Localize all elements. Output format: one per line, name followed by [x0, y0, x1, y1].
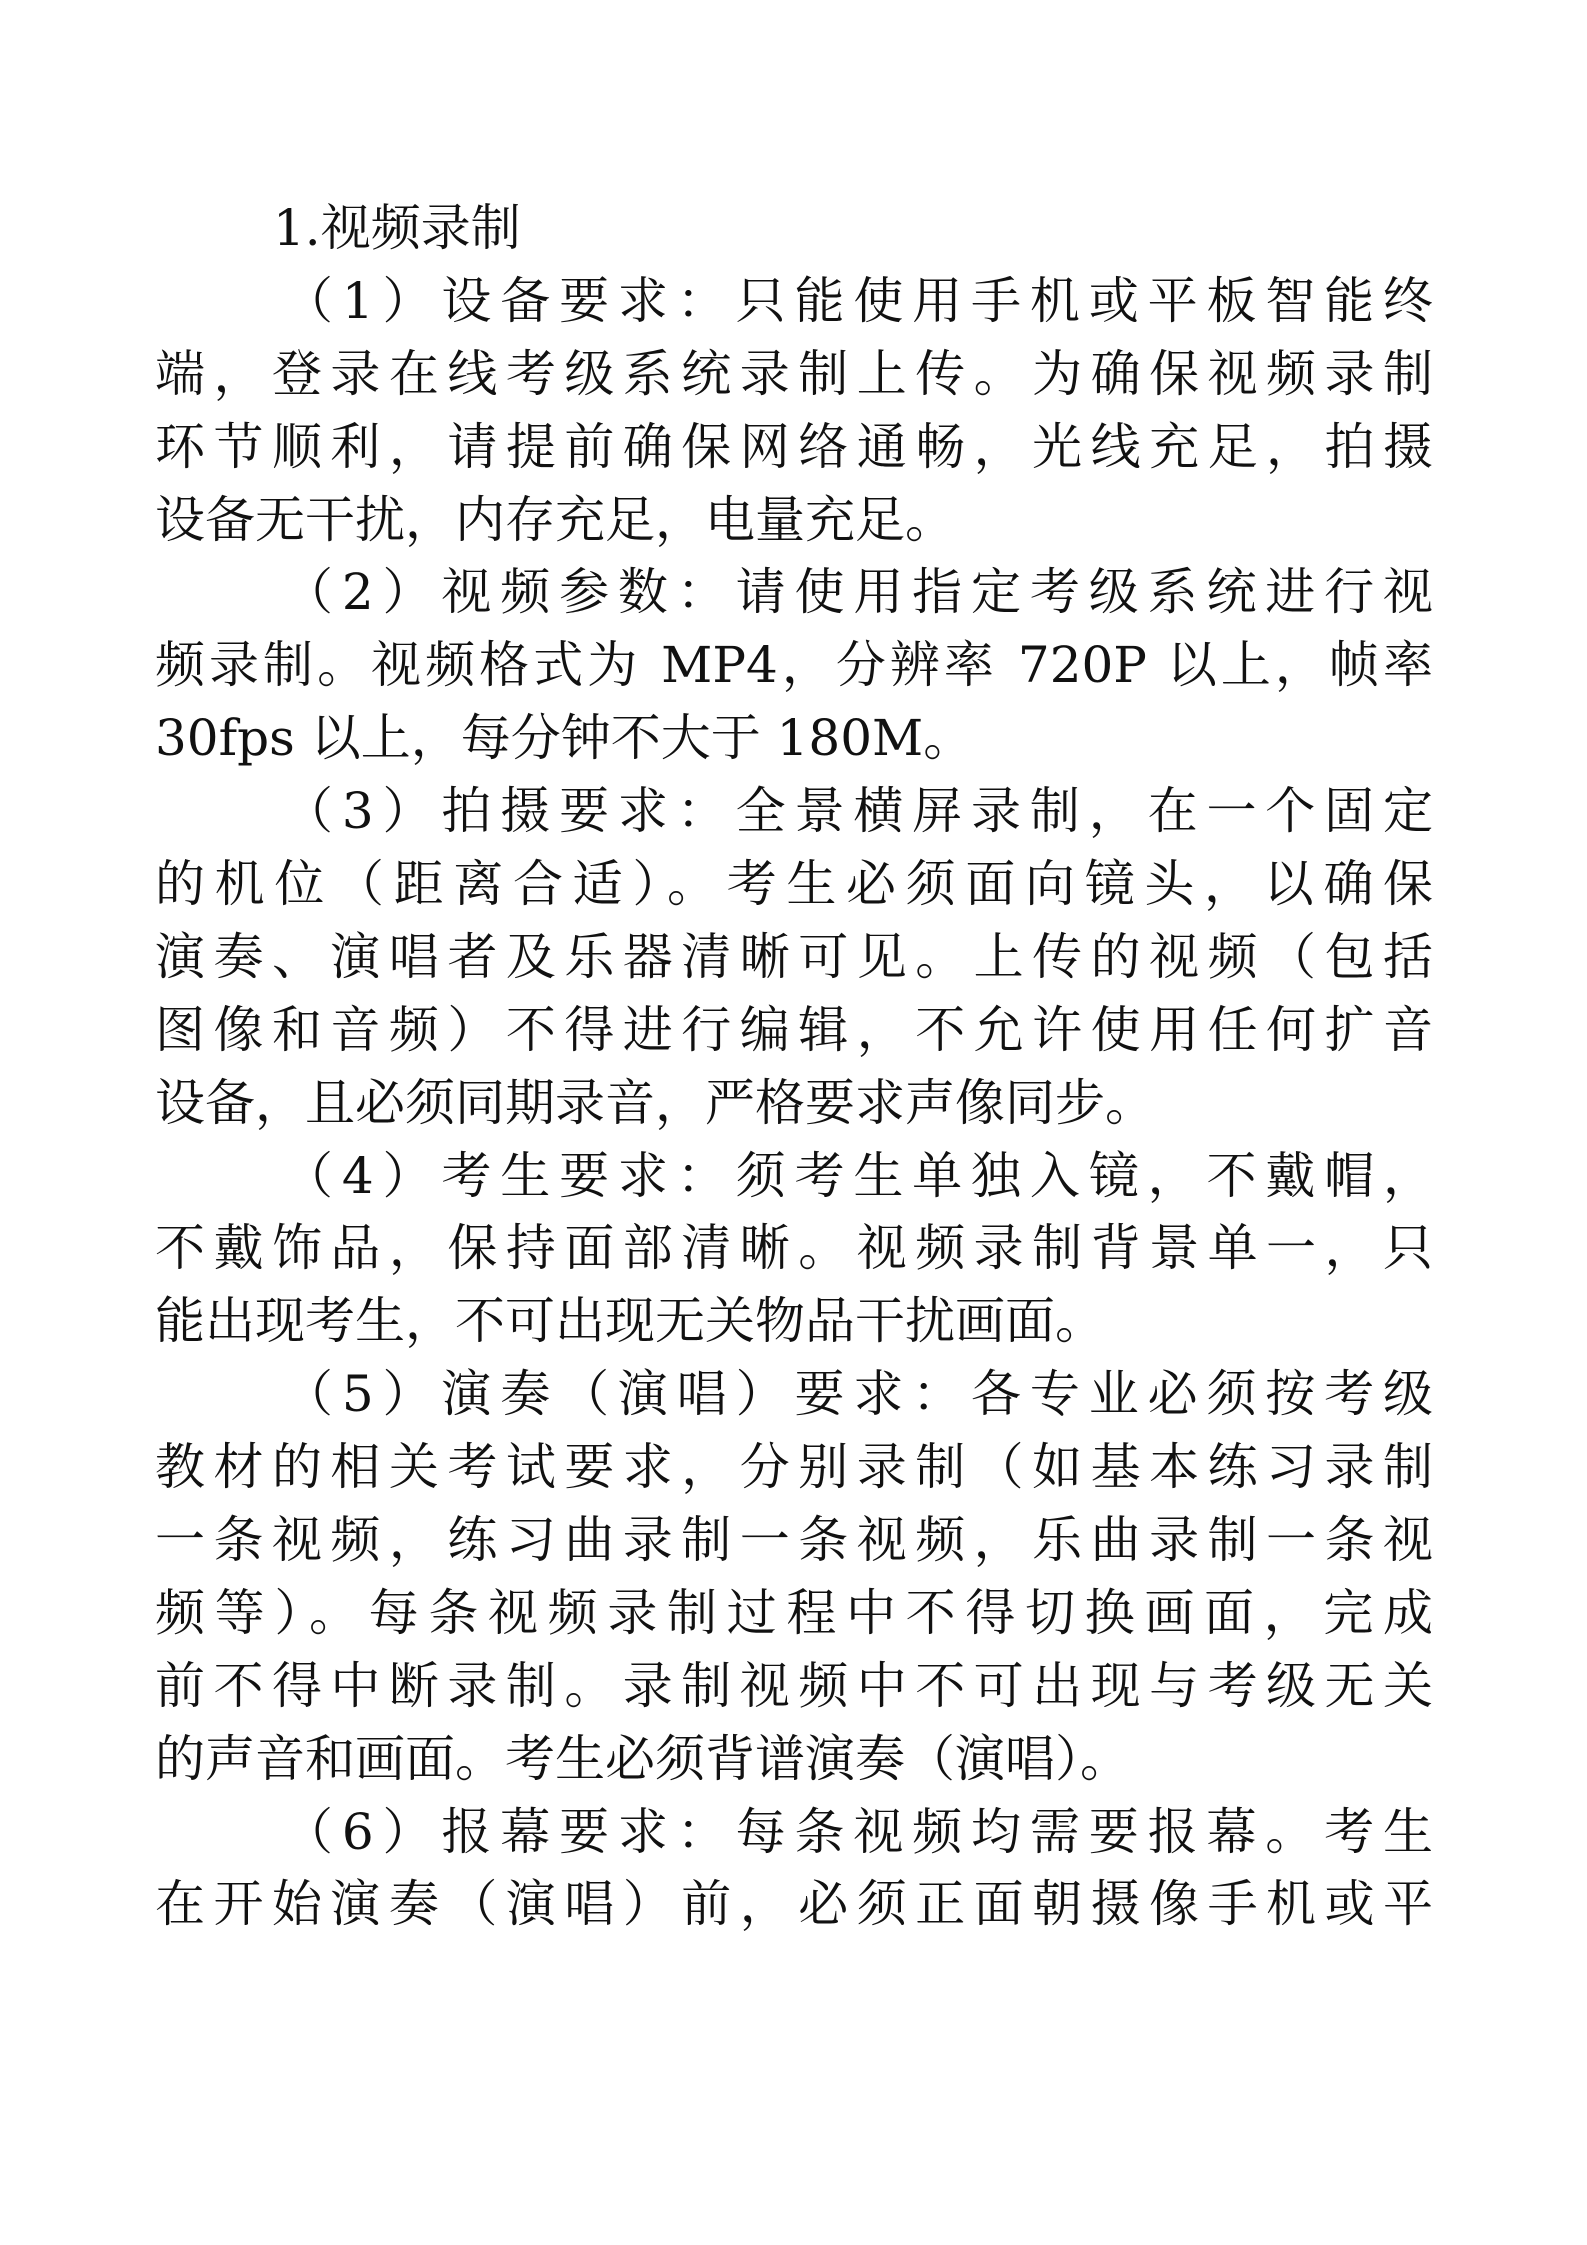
paragraph-shooting-requirements: （3）拍摄要求：全景横屏录制，在一个固定 的机位（距离合适）。考生必须面向镜头，… [155, 775, 1433, 1139]
paragraph-announcement-requirements: （6）报幕要求：每条视频均需要报幕。考生 在开始演奏（演唱）前，必须正面朝摄像手… [155, 1796, 1433, 1942]
paragraph-line: 环节顺利，请提前确保网络通畅，光线充足，拍摄 [155, 411, 1433, 484]
paragraph-line: 图像和音频）不得进行编辑，不允许使用任何扩音 [155, 994, 1433, 1067]
paragraph-line: 的机位（距离合适）。考生必须面向镜头，以确保 [155, 848, 1433, 921]
paragraph-line: （2）视频参数：请使用指定考级系统进行视 [155, 556, 1433, 629]
paragraph-video-parameters: （2）视频参数：请使用指定考级系统进行视 频录制。视频格式为 MP4，分辨率 7… [155, 556, 1433, 775]
paragraph-line: 的声音和画面。考生必须背谱演奏（演唱）。 [155, 1723, 1433, 1796]
paragraph-line: 前不得中断录制。录制视频中不可出现与考级无关 [155, 1650, 1433, 1723]
paragraph-line: 一条视频，练习曲录制一条视频，乐曲录制一条视 [155, 1504, 1433, 1577]
paragraph-line: 端，登录在线考级系统录制上传。为确保视频录制 [155, 338, 1433, 411]
paragraph-line: 频等）。每条视频录制过程中不得切换画面，完成 [155, 1577, 1433, 1650]
paragraph-line: 设备无干扰，内存充足，电量充足。 [155, 484, 1433, 557]
paragraph-line: 设备，且必须同期录音，严格要求声像同步。 [155, 1067, 1433, 1140]
paragraph-line: （6）报幕要求：每条视频均需要报幕。考生 [155, 1796, 1433, 1869]
paragraph-line: 演奏、演唱者及乐器清晰可见。上传的视频（包括 [155, 921, 1433, 994]
section-title: 1.视频录制 [155, 192, 1433, 265]
paragraph-performance-requirements: （5）演奏（演唱）要求：各专业必须按考级 教材的相关考试要求，分别录制（如基本练… [155, 1358, 1433, 1795]
paragraph-line: 能出现考生，不可出现无关物品干扰画面。 [155, 1285, 1433, 1358]
paragraph-line: （1）设备要求：只能使用手机或平板智能终 [155, 265, 1433, 338]
paragraph-line: 频录制。视频格式为 MP4，分辨率 720P 以上，帧率 [155, 629, 1433, 702]
paragraph-line: 不戴饰品，保持面部清晰。视频录制背景单一，只 [155, 1212, 1433, 1285]
paragraph-candidate-requirements: （4）考生要求：须考生单独入镜，不戴帽， 不戴饰品，保持面部清晰。视频录制背景单… [155, 1140, 1433, 1359]
paragraph-line: （5）演奏（演唱）要求：各专业必须按考级 [155, 1358, 1433, 1431]
paragraph-line: 30fps 以上，每分钟不大于 180M。 [155, 702, 1433, 775]
paragraph-line: （4）考生要求：须考生单独入镜，不戴帽， [155, 1140, 1433, 1213]
paragraph-line: （3）拍摄要求：全景横屏录制，在一个固定 [155, 775, 1433, 848]
paragraph-device-requirements: （1）设备要求：只能使用手机或平板智能终 端，登录在线考级系统录制上传。为确保视… [155, 265, 1433, 557]
paragraph-line: 在开始演奏（演唱）前，必须正面朝摄像手机或平 [155, 1868, 1433, 1941]
document-page: 1.视频录制 （1）设备要求：只能使用手机或平板智能终 端，登录在线考级系统录制… [155, 192, 1433, 1941]
paragraph-line: 教材的相关考试要求，分别录制（如基本练习录制 [155, 1431, 1433, 1504]
